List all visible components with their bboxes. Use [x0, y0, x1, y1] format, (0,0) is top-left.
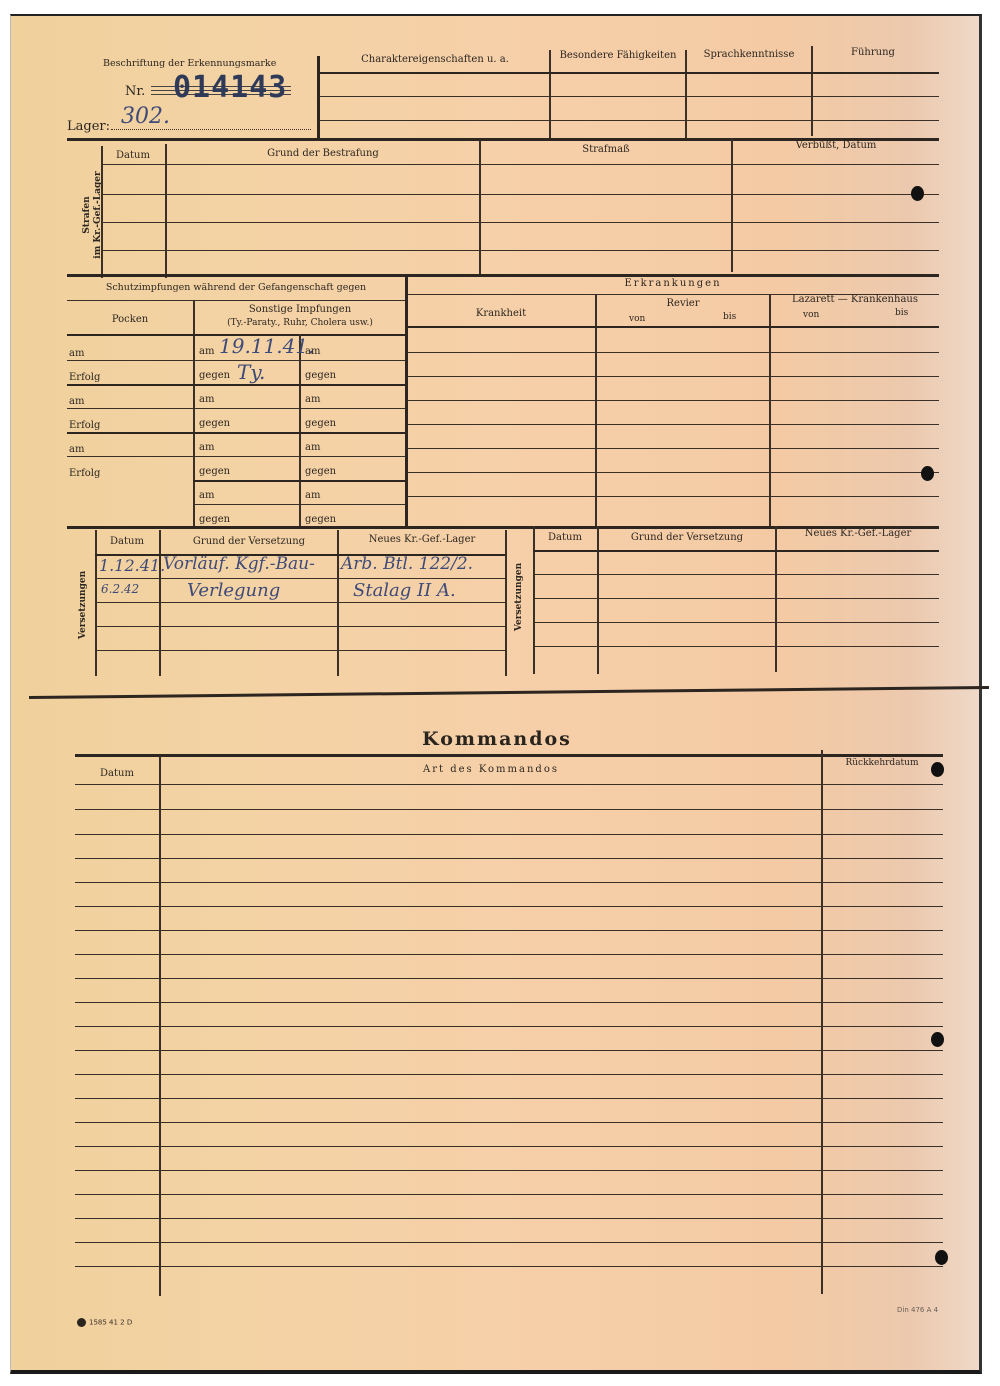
kommandos-col-datum: Datum: [75, 768, 159, 779]
vers-row1-datum[interactable]: 1.12.41.: [99, 556, 165, 575]
sonstige-label-1: gegen: [199, 370, 230, 381]
punch-hole-icon: [911, 186, 924, 201]
vers-right-col-grund: Grund der Versetzung: [599, 532, 775, 543]
lager-value[interactable]: 302.: [121, 104, 170, 129]
kommandos-title: Kommandos: [11, 728, 983, 750]
pocken-am-3: am: [69, 444, 84, 455]
col-sprachkenntnisse: Sprachkenntnisse: [687, 49, 811, 60]
strafen-col-verbuesst: Verbüßt, Datum: [733, 140, 939, 151]
strafen-col-grund: Grund der Bestrafung: [167, 148, 479, 159]
sonstige-value-1[interactable]: Ty.: [237, 360, 265, 384]
punch-hole-icon: [931, 762, 944, 777]
print-code: 1585 41 2 D: [77, 1318, 132, 1327]
kommandos-col-art: Art des Kommandos: [161, 764, 821, 775]
tag-label: Beschriftung der Erkennungsmarke: [103, 58, 276, 69]
vers-left-col-lager: Neues Kr.-Gef.-Lager: [339, 534, 505, 545]
form-code: Din 476 A 4: [897, 1306, 938, 1314]
vers-row2-lager[interactable]: Stalag II A.: [353, 580, 456, 601]
lager-label: Lager:: [67, 119, 110, 134]
sonstige-right-label-1: gegen: [305, 370, 336, 381]
sonstige-right-label-2: am: [305, 394, 320, 405]
printer-seal-icon: [77, 1318, 86, 1327]
pocken-label: Pocken: [67, 314, 193, 325]
pocken-am-2: am: [69, 396, 84, 407]
sonstige-label-7: gegen: [199, 514, 230, 525]
pocken-erfolg-2: Erfolg: [69, 420, 100, 431]
lazarett-bis-label: bis: [895, 308, 908, 318]
revier-von-label: von: [629, 314, 645, 324]
krankheit-label: Krankheit: [407, 308, 595, 319]
vers-row1-lager[interactable]: Arb. Btl. 122/2.: [341, 554, 473, 574]
kommandos-col-rueckkehr: Rückkehrdatum: [821, 758, 943, 768]
vers-row2-grund[interactable]: Verlegung: [187, 580, 280, 601]
sonstige-right-label-3: gegen: [305, 418, 336, 429]
col-charakter: Charaktereigenschaften u. a.: [321, 54, 549, 65]
pocken-am-1: am: [69, 348, 84, 359]
sonstige-right-label-7: gegen: [305, 514, 336, 525]
nr-label: Nr.: [125, 84, 145, 99]
vers-row1-grund[interactable]: Vorläuf. Kgf.-Bau-: [163, 554, 315, 574]
strafen-col-strafmass: Strafmaß: [481, 144, 731, 155]
erkrankungen-title: Erkrankungen: [407, 278, 939, 289]
punch-hole-icon: [921, 466, 934, 481]
lazarett-label: Lazarett — Krankenhaus: [771, 294, 939, 305]
impfungen-title: Schutzimpfungen während der Gefangenscha…: [67, 282, 405, 293]
strafen-col-datum: Datum: [101, 150, 165, 161]
col-faehigkeiten: Besondere Fähigkeiten: [551, 50, 685, 61]
pocken-erfolg-3: Erfolg: [69, 468, 100, 479]
versetzungen-left-side-label: Versetzungen: [78, 565, 88, 645]
col-fuehrung: Führung: [813, 47, 933, 58]
sonstige-right-label-6: am: [305, 490, 320, 501]
revier-bis-label: bis: [723, 312, 736, 322]
sonstige-label-0: am: [199, 346, 214, 357]
sonstige-label: Sonstige Impfungen: [195, 304, 405, 315]
sonstige-right-label-5: gegen: [305, 466, 336, 477]
record-card: Beschriftung der Erkennungsmarke Nr. 014…: [10, 14, 982, 1374]
sonstige-right-label-0: am: [305, 346, 320, 357]
pocken-erfolg-1: Erfolg: [69, 372, 100, 383]
sonstige-label-5: gegen: [199, 466, 230, 477]
sonstige-value-0[interactable]: 19.11.41.: [219, 334, 314, 358]
sonstige-label-6: am: [199, 490, 214, 501]
nr-value: 014143: [173, 70, 287, 105]
sonstige-label-4: am: [199, 442, 214, 453]
sonstige-right-label-4: am: [305, 442, 320, 453]
vers-row2-datum[interactable]: 6.2.42: [101, 582, 139, 596]
vers-left-col-datum: Datum: [95, 536, 159, 547]
revier-label: Revier: [597, 298, 769, 309]
lazarett-von-label: von: [803, 310, 819, 320]
punch-hole-icon: [935, 1250, 948, 1265]
vers-left-col-grund: Grund der Versetzung: [161, 536, 337, 547]
vers-right-col-datum: Datum: [533, 532, 597, 543]
sonstige-label-2: am: [199, 394, 214, 405]
punch-hole-icon: [931, 1032, 944, 1047]
sonstige-label-3: gegen: [199, 418, 230, 429]
vers-right-col-lager: Neues Kr.-Gef.-Lager: [777, 528, 939, 539]
versetzungen-right-side-label: Versetzungen: [514, 557, 524, 637]
sonstige-sub-label: (Ty.-Paraty., Ruhr, Cholera usw.): [195, 318, 405, 328]
